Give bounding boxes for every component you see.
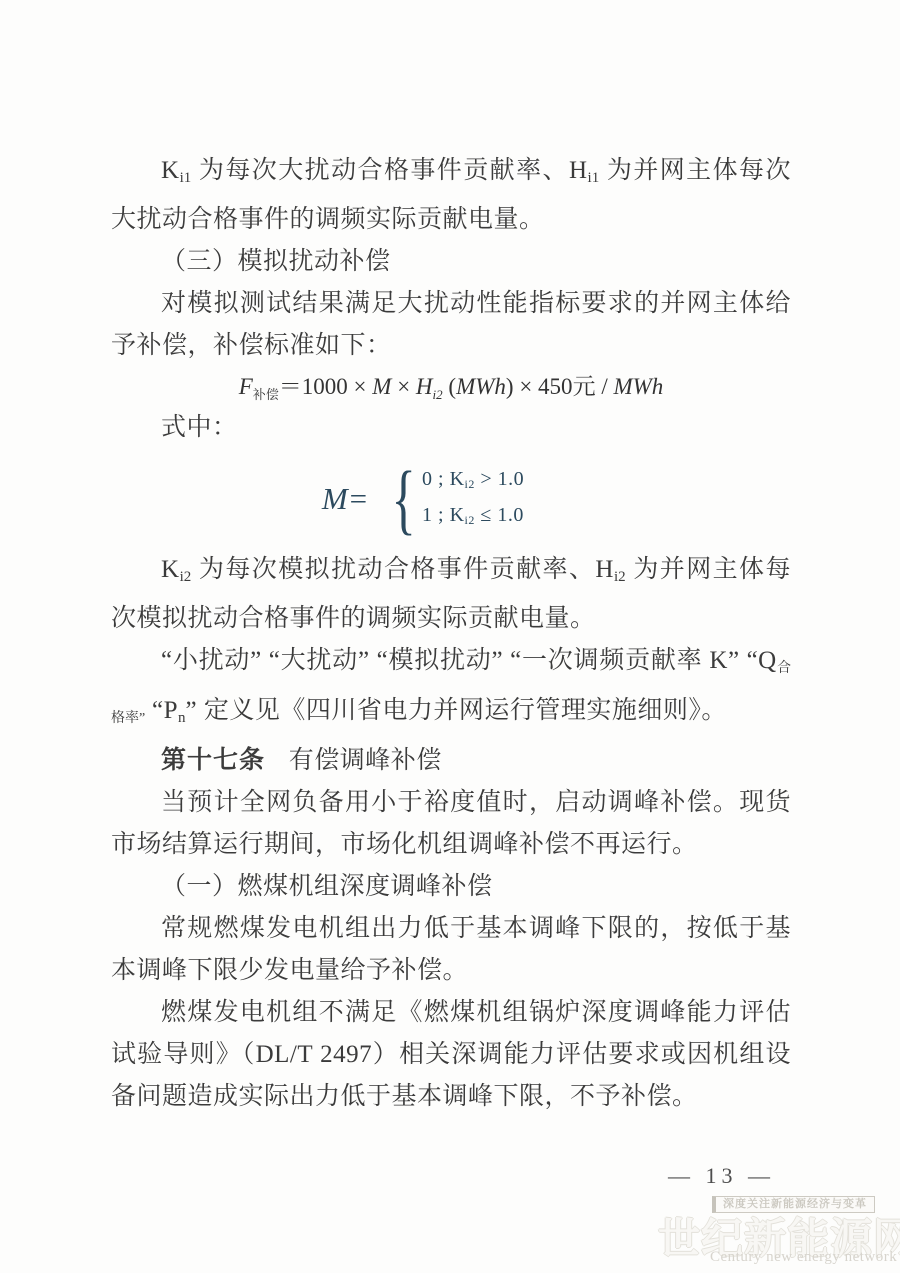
paragraph-ki2-definition: Ki2 为每次模拟扰动合格事件贡献率、Hi2 为并网主体每次模拟扰动合格事件的调…	[111, 549, 791, 640]
paragraph-coal-exclusion: 燃煤发电机组不满足《燃煤机组锅炉深度调峰能力评估试验导则》（DL/T 2497）…	[111, 992, 791, 1118]
heading-simulated-disturbance: （三）模拟扰动补偿	[111, 241, 791, 283]
paragraph-article17-intro: 当预计全网负备用小于裕度值时，启动调峰补偿。现货市场结算运行期间，市场化机组调峰…	[111, 782, 791, 866]
heading-article-17: 第十七条有偿调峰补偿	[111, 740, 791, 782]
m-case-zero: 0 ; Ki2 > 1.0	[422, 468, 524, 495]
watermark-english-text: Century new energy network	[710, 1249, 897, 1266]
page-number: — 13 —	[668, 1163, 775, 1189]
paragraph-simulation-intro: 对模拟测试结果满足大扰动性能指标要求的并网主体给予补偿，补偿标准如下：	[111, 283, 791, 367]
compensation-formula: F补偿＝1000 × M × Hi2 (MWh) × 450元 / MWh	[111, 367, 791, 407]
m-case-one: 1 ; Ki2 ≤ 1.0	[422, 504, 524, 531]
paragraph-coal-compensation: 常规燃煤发电机组出力低于基本调峰下限的，按低于基本调峰下限少发电量给予补偿。	[111, 908, 791, 992]
brace-glyph: {	[391, 464, 415, 534]
m-equals: M=	[322, 478, 369, 520]
paragraph-where: 式中：	[111, 407, 791, 449]
heading-coal-deep-peaking: （一）燃煤机组深度调峰补偿	[111, 866, 791, 908]
m-definition-formula: M= { 0 ; Ki2 > 1.0 1 ; Ki2 ≤ 1.0	[83, 451, 763, 547]
document-body: Ki1 为每次大扰动合格事件贡献率、Hi1 为并网主体每次大扰动合格事件的调频实…	[111, 150, 791, 1118]
document-page: Ki1 为每次大扰动合格事件贡献率、Hi1 为并网主体每次大扰动合格事件的调频实…	[0, 0, 900, 1273]
paragraph-terms-definitions: “小扰动” “大扰动” “模拟扰动” “一次调频贡献率 K” “Q合格率” “P…	[111, 640, 791, 740]
m-cases: 0 ; Ki2 > 1.0 1 ; Ki2 ≤ 1.0	[422, 468, 524, 531]
paragraph-ki1-definition: Ki1 为每次大扰动合格事件贡献率、Hi1 为并网主体每次大扰动合格事件的调频实…	[111, 150, 791, 241]
